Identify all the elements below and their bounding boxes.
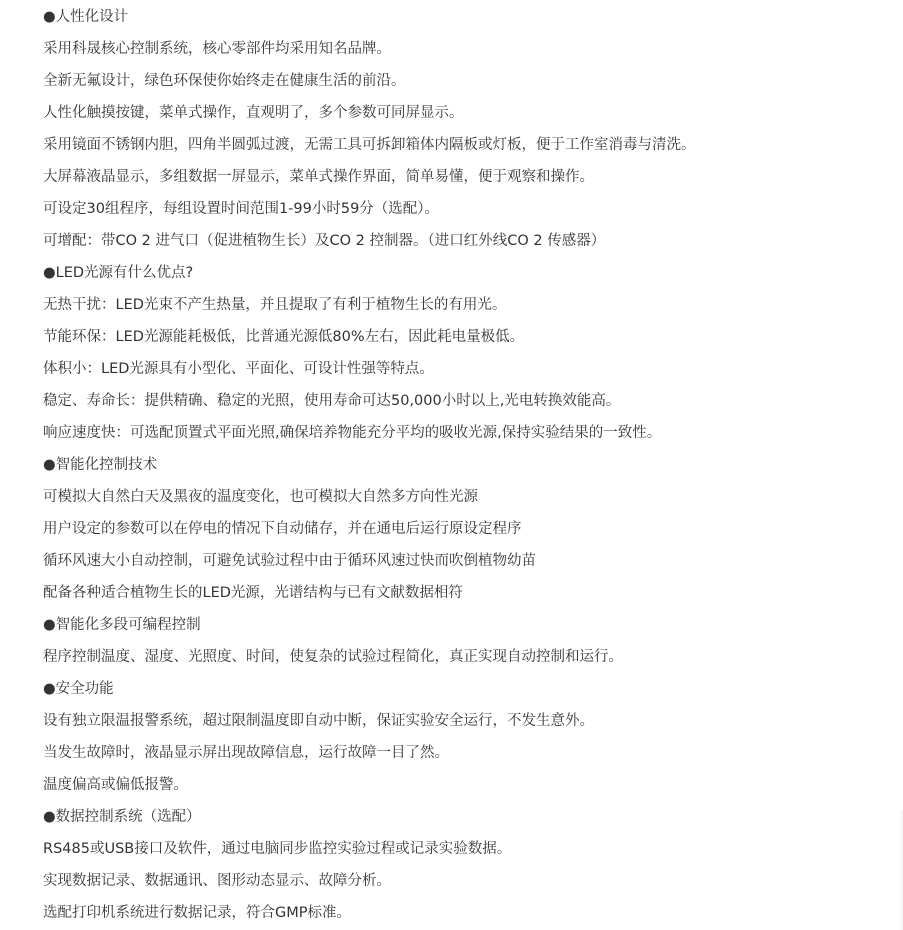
- page-edge-shadow: [899, 810, 903, 930]
- section-smart-control: ●智能化控制技术 可模拟大自然白天及黑夜的温度变化，也可模拟大自然多方向性光源 …: [43, 451, 696, 611]
- feature-line: 可设定30组程序，每组设置时间范围1-99小时59分（选配）。: [43, 195, 696, 227]
- section-heading: ●安全功能: [43, 675, 696, 707]
- feature-document: ●人性化设计 采用科晟核心控制系统，核心零部件均采用知名品牌。 全新无氟设计，绿…: [43, 3, 696, 930]
- feature-line: 用户设定的参数可以在停电的情况下自动储存，并在通电后运行原设定程序: [43, 515, 696, 547]
- section-programmable-control: ●智能化多段可编程控制 程序控制温度、湿度、光照度、时间，使复杂的试验过程简化，…: [43, 611, 696, 675]
- feature-line: 实现数据记录、数据通讯、图形动态显示、故障分析。: [43, 867, 696, 899]
- section-led-advantages: ●LED光源有什么优点? 无热干扰：LED光束不产生热量，并且提取了有利于植物生…: [43, 259, 696, 451]
- section-heading: ●智能化多段可编程控制: [43, 611, 696, 643]
- section-heading: ●人性化设计: [43, 3, 696, 35]
- section-heading: ●LED光源有什么优点?: [43, 259, 696, 291]
- feature-line: 可增配：带CO 2 进气口（促进植物生长）及CO 2 控制器。（进口红外线CO …: [43, 227, 696, 259]
- feature-line: 无热干扰：LED光束不产生热量，并且提取了有利于植物生长的有用光。: [43, 291, 696, 323]
- feature-line: 当发生故障时，液晶显示屏出现故障信息，运行故障一目了然。: [43, 739, 696, 771]
- section-data-control: ●数据控制系统（选配） RS485或USB接口及软件，通过电脑同步监控实验过程或…: [43, 803, 696, 930]
- feature-line: 体积小：LED光源具有小型化、平面化、可设计性强等特点。: [43, 355, 696, 387]
- feature-line: 循环风速大小自动控制，可避免试验过程中由于循环风速过快而吹倒植物幼苗: [43, 547, 696, 579]
- feature-line: 可模拟大自然白天及黑夜的温度变化，也可模拟大自然多方向性光源: [43, 483, 696, 515]
- feature-line: 温度偏高或偏低报警。: [43, 771, 696, 803]
- feature-line: 人性化触摸按键，菜单式操作，直观明了，多个参数可同屏显示。: [43, 99, 696, 131]
- feature-line: 采用科晟核心控制系统，核心零部件均采用知名品牌。: [43, 35, 696, 67]
- feature-line: 设有独立限温报警系统，超过限制温度即自动中断，保证实验安全运行，不发生意外。: [43, 707, 696, 739]
- feature-line: 全新无氟设计，绿色环保使你始终走在健康生活的前沿。: [43, 67, 696, 99]
- feature-line: 节能环保：LED光源能耗极低，比普通光源低80%左右，因此耗电量极低。: [43, 323, 696, 355]
- feature-line: 配备各种适合植物生长的LED光源，光谱结构与已有文献数据相符: [43, 579, 696, 611]
- feature-line: 响应速度快：可选配顶置式平面光照,确保培养物能充分平均的吸收光源,保持实验结果的…: [43, 419, 696, 451]
- feature-line: 大屏幕液晶显示，多组数据一屏显示，菜单式操作界面，简单易懂，便于观察和操作。: [43, 163, 696, 195]
- section-safety: ●安全功能 设有独立限温报警系统，超过限制温度即自动中断，保证实验安全运行，不发…: [43, 675, 696, 803]
- feature-line: RS485或USB接口及软件，通过电脑同步监控实验过程或记录实验数据。: [43, 835, 696, 867]
- section-heading: ●智能化控制技术: [43, 451, 696, 483]
- section-heading: ●数据控制系统（选配）: [43, 803, 696, 835]
- section-human-design: ●人性化设计 采用科晟核心控制系统，核心零部件均采用知名品牌。 全新无氟设计，绿…: [43, 3, 696, 259]
- feature-line: 选配打印机系统进行数据记录，符合GMP标准。: [43, 899, 696, 930]
- feature-line: 稳定、寿命长：提供精确、稳定的光照，使用寿命可达50,000小时以上,光电转换效…: [43, 387, 696, 419]
- feature-line: 程序控制温度、湿度、光照度、时间，使复杂的试验过程简化，真正实现自动控制和运行。: [43, 643, 696, 675]
- feature-line: 采用镜面不锈钢内胆，四角半圆弧过渡，无需工具可拆卸箱体内隔板或灯板，便于工作室消…: [43, 131, 696, 163]
